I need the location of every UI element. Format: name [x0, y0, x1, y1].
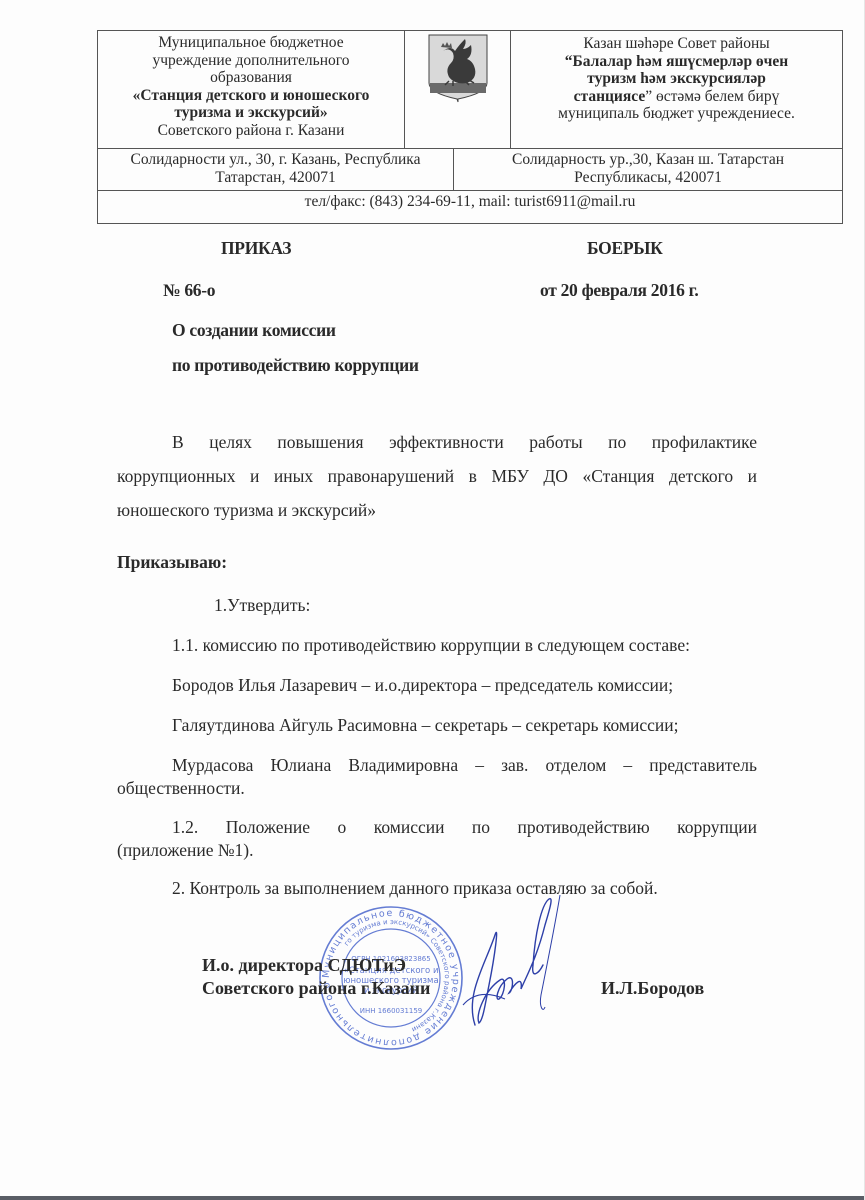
letterhead-table: Муниципальное бюджетное учреждение допол… — [97, 30, 843, 224]
address-tatar: Солидарность ур.,30, Казан ш. Татарстан … — [454, 149, 842, 190]
org-name-line: “Балалар һәм яшүсмерләр өчен — [511, 53, 842, 71]
address-line: Солидарность ур.,30, Казан ш. Татарстан — [454, 151, 842, 169]
org-name-line: учреждение дополнительного — [98, 52, 404, 70]
kazan-coat-of-arms-icon — [427, 33, 489, 103]
order-title-russian: ПРИКАЗ — [221, 238, 291, 259]
signatory-position: И.о. директора СДЮТиЭ — [202, 955, 406, 976]
letterhead-top-row: Муниципальное бюджетное учреждение допол… — [98, 31, 842, 149]
address-russian: Солидарности ул., 30, г. Казань, Республ… — [98, 149, 454, 190]
org-name-line: муниципаль бюджет учреждениесе. — [511, 105, 842, 123]
commission-member: Галяутдинова Айгуль Расимовна – секретар… — [172, 715, 678, 736]
org-name-line: Муниципальное бюджетное — [98, 34, 404, 52]
item-1-2: (приложение №1). — [117, 840, 254, 861]
address-line: Татарстан, 420071 — [98, 169, 453, 187]
item-1: 1.Утвердить: — [214, 595, 310, 616]
org-name-line: Советского района г. Казани — [98, 122, 404, 140]
handwritten-signature-icon — [455, 895, 575, 1040]
preamble-text: В целях повышения эффективности работы п… — [172, 432, 757, 453]
order-directive-word: Приказываю: — [117, 552, 227, 573]
org-name-line: образования — [98, 69, 404, 87]
org-name-rest: ” өстәмә белем бирү — [645, 88, 779, 105]
org-name-line: туризм һәм экскурсияләр — [511, 70, 842, 88]
order-subject: по противодействию коррупции — [172, 355, 419, 376]
commission-member: Мурдасова Юлиана Владимировна – зав. отд… — [172, 755, 757, 776]
org-name-line: «Станция детского и юношеского — [98, 87, 404, 105]
order-number: № 66-о — [163, 280, 215, 301]
commission-member: Бородов Илья Лазаревич – и.о.директора –… — [172, 675, 673, 696]
org-name-line: Казан шәһәре Совет районы — [511, 35, 842, 53]
order-subject: О создании комиссии — [172, 320, 336, 341]
document-page: Муниципальное бюджетное учреждение допол… — [0, 0, 865, 1200]
item-1-2: 1.2. Положение о комиссии по противодейс… — [172, 817, 757, 838]
letterhead-address-row: Солидарности ул., 30, г. Казань, Республ… — [98, 149, 842, 191]
order-date: от 20 февраля 2016 г. — [540, 280, 698, 301]
page-bottom-edge — [0, 1196, 864, 1200]
address-line: Солидарности ул., 30, г. Казань, Республ… — [98, 151, 453, 169]
svg-text:ИНН 1660031159: ИНН 1660031159 — [360, 1007, 423, 1015]
preamble-text: коррупционных и иных правонарушений в МБ… — [117, 466, 757, 487]
preamble-text: юношеского туризма и экскурсий» — [117, 500, 376, 521]
org-name-line: станциясе” өстәмә белем бирү — [511, 88, 842, 106]
contacts-text: тел/факс: (843) 234-69-11, mail: turist6… — [98, 191, 842, 223]
org-name-line: туризма и экскурсий» — [98, 104, 404, 122]
letterhead-emblem-cell — [405, 31, 511, 148]
address-line: Республикасы, 420071 — [454, 169, 842, 187]
org-name-bold: станциясе — [574, 88, 646, 105]
letterhead-russian-name: Муниципальное бюджетное учреждение допол… — [98, 31, 405, 148]
signatory-name: И.Л.Бородов — [601, 978, 704, 999]
signatory-position: Советского района г.Казани — [202, 978, 430, 999]
item-2: 2. Контроль за выполнением данного прика… — [172, 878, 658, 899]
item-1-1: 1.1. комиссию по противодействию коррупц… — [172, 635, 690, 656]
commission-member: общественности. — [117, 778, 245, 799]
letterhead-tatar-name: Казан шәһәре Совет районы “Балалар һәм я… — [511, 31, 842, 148]
letterhead-contacts-row: тел/факс: (843) 234-69-11, mail: turist6… — [98, 191, 842, 223]
order-title-tatar: БОЕРЫК — [587, 238, 663, 259]
